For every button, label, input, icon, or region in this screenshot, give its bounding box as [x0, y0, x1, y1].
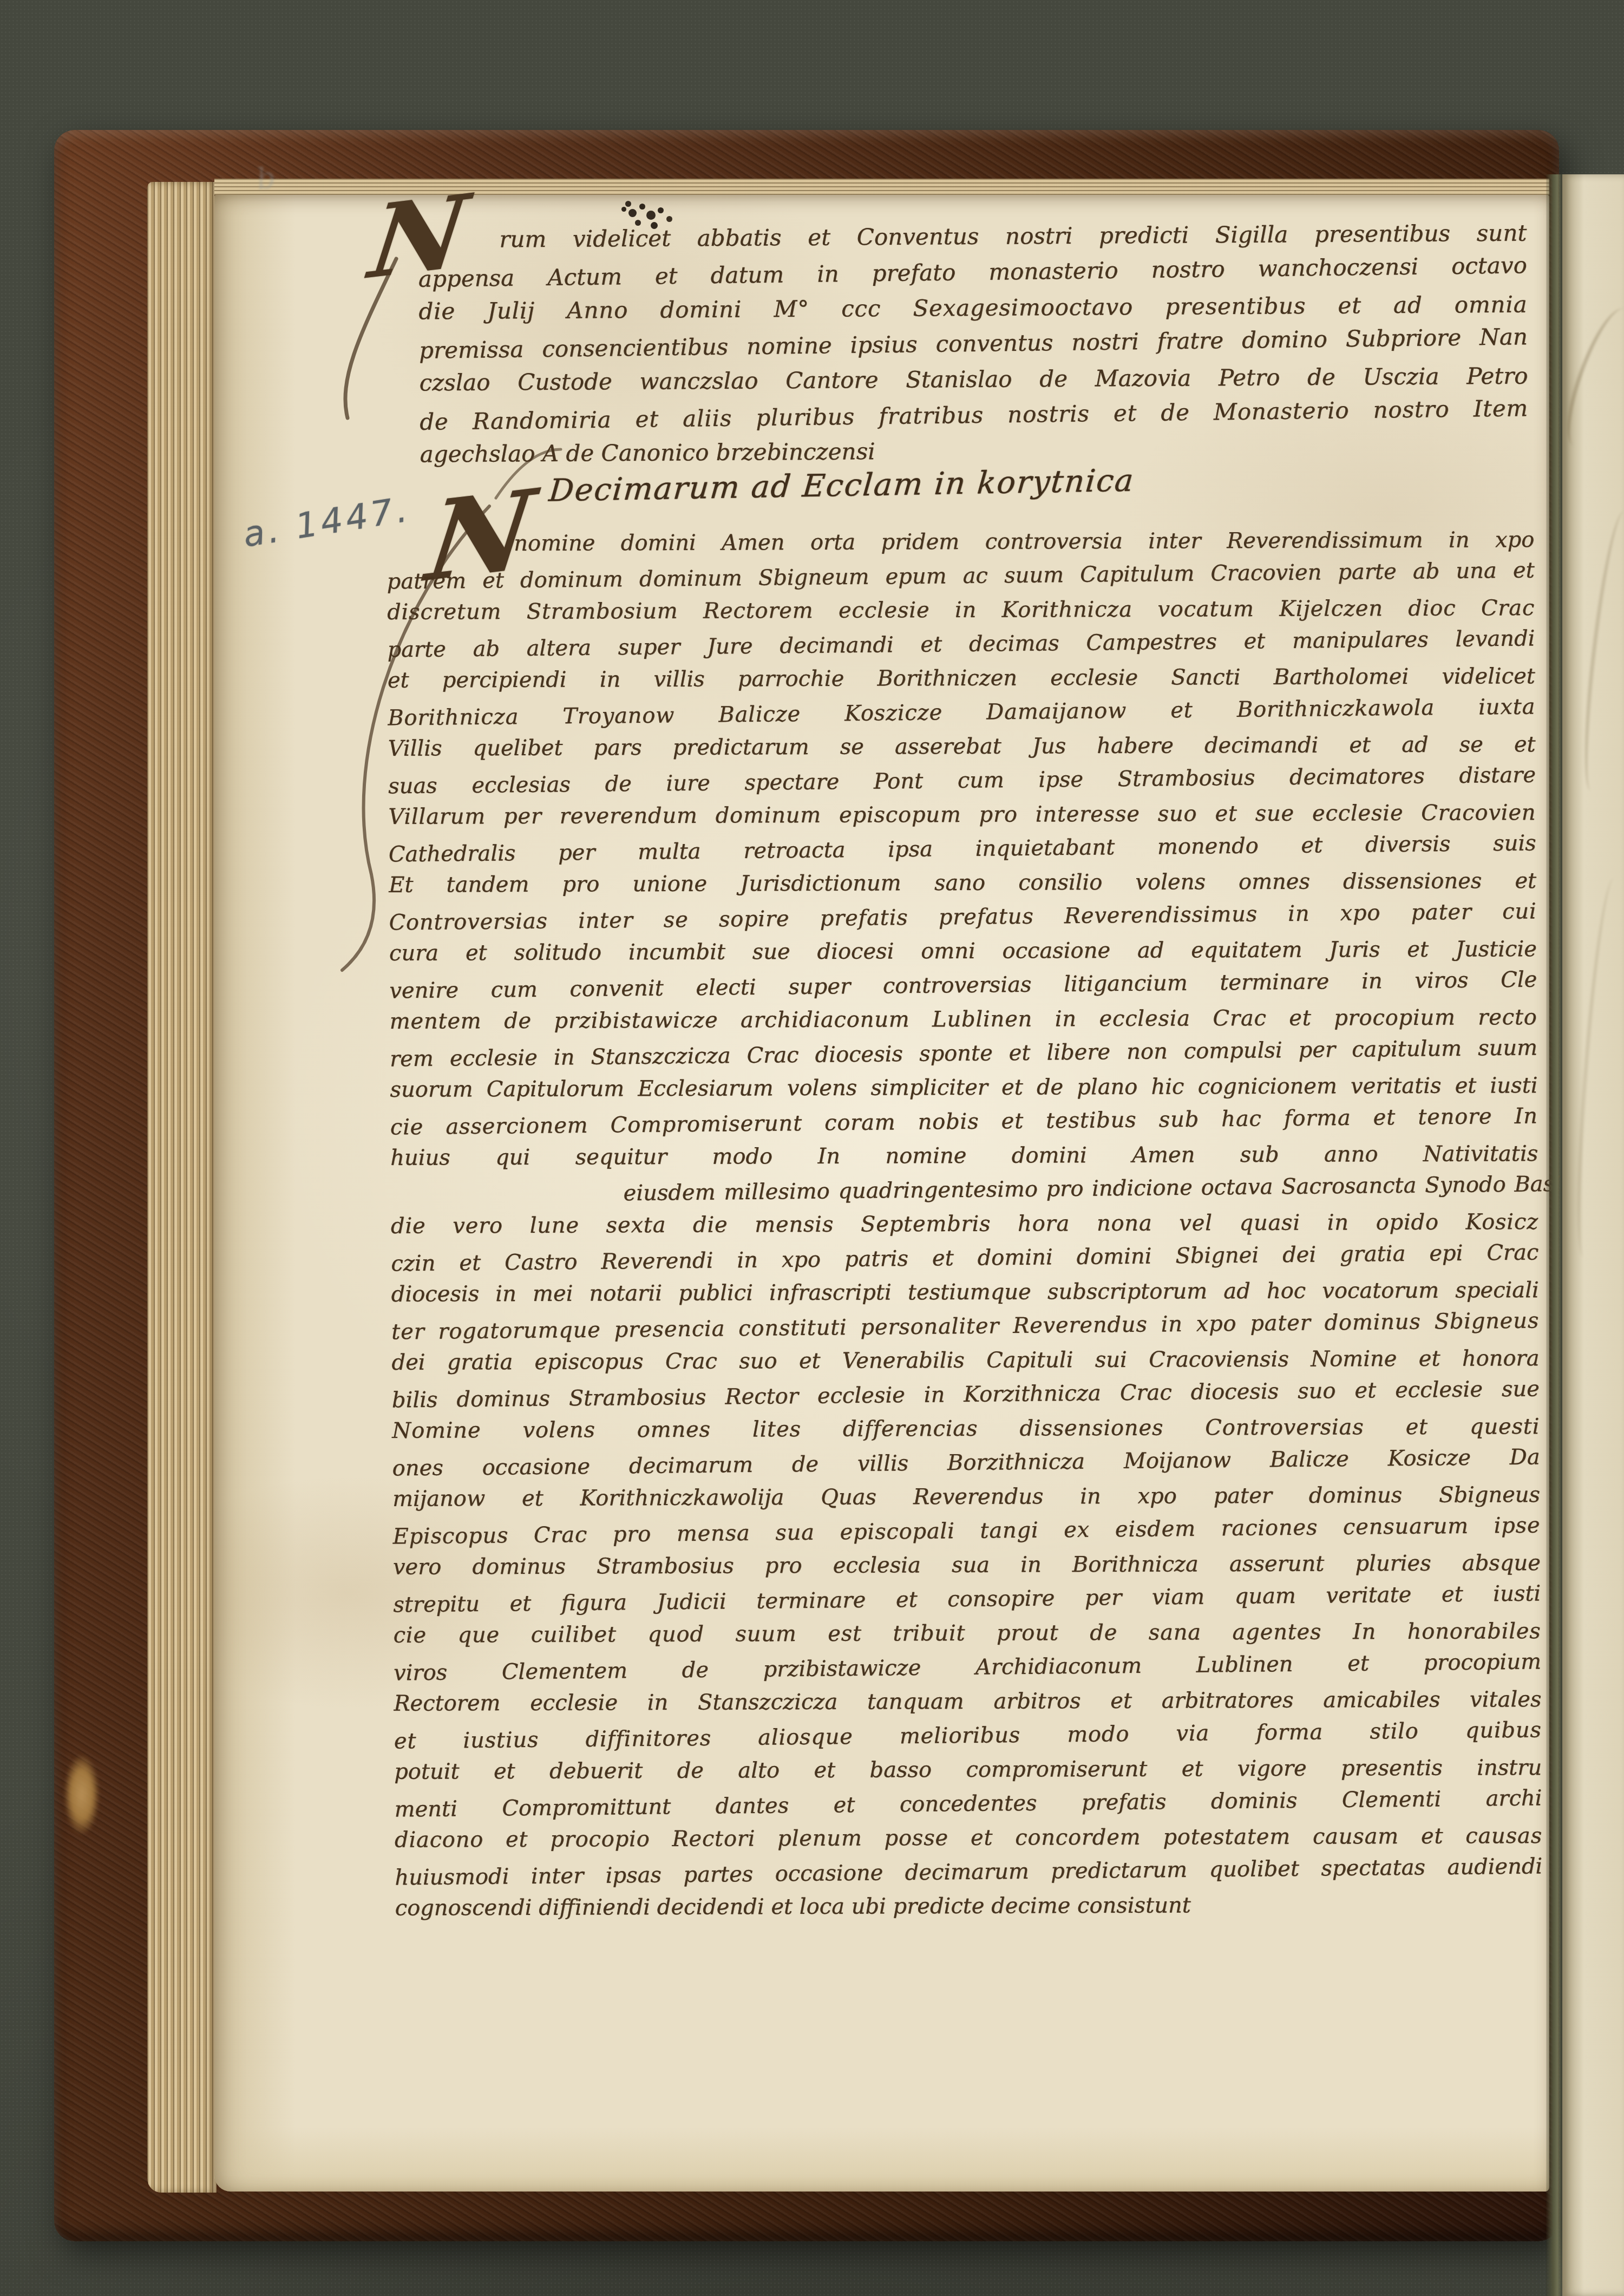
book-gutter-shadow	[1546, 174, 1562, 2296]
facing-page-faint-ink	[1557, 302, 1624, 454]
facing-page-faint-ink	[1577, 509, 1624, 792]
manuscript-photo: b N rum videlicet abbatis et Conventus n…	[0, 0, 1624, 2296]
page-edges-stack-left	[147, 182, 217, 2193]
paragraph-tithe-arbitration-record: nomine domini Amen orta pridem controver…	[387, 522, 1543, 1927]
paragraph-monastery-charter: rum videlicet abbatis et Conventus nostr…	[418, 214, 1529, 474]
manuscript-text-line: cognoscendi diffiniendi decidendi et loc…	[395, 1887, 1543, 1926]
ink-spatter	[621, 207, 626, 212]
facing-page-edge	[1562, 174, 1624, 2296]
manuscript-page: b N rum videlicet abbatis et Conventus n…	[214, 195, 1549, 2192]
facing-page-faint-ink	[1571, 878, 1624, 1258]
